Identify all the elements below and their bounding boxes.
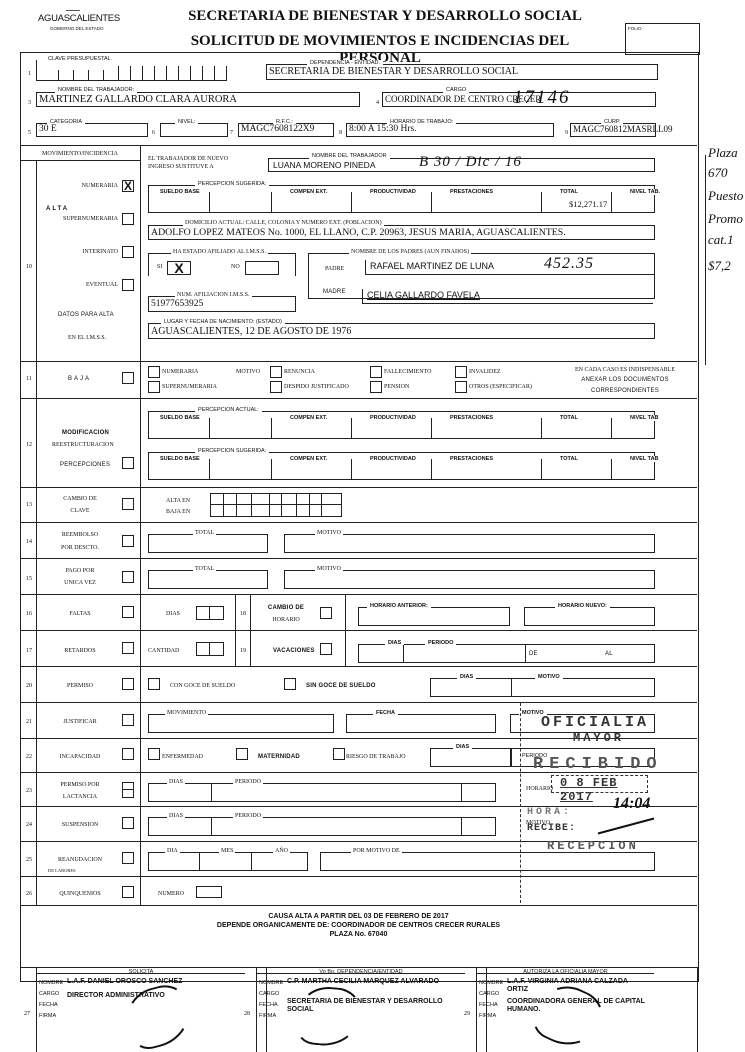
signature-number: 28 (244, 1011, 250, 1017)
trabajador-sustituido-value: LUANA MORENO PINEDA (273, 160, 376, 170)
divider (20, 666, 697, 667)
divider (697, 967, 698, 1052)
margin-handwritten-note: 670 (708, 165, 728, 181)
field-number-1: 1 (28, 71, 31, 77)
sustituye-label: EL TRABAJADOR DE NUEVO INGRESO SUSTITUYE… (148, 155, 238, 171)
baja-option-checkbox[interactable] (270, 366, 282, 378)
imss-number-value: 51977653925 (151, 299, 203, 309)
imss-number-label: NUM. AFILIACION I.M.S.S. (175, 292, 252, 298)
baja-option-checkbox[interactable] (370, 381, 382, 393)
alta-title: ALTA (46, 206, 69, 212)
alta-supernumeraria-checkbox[interactable] (122, 213, 134, 225)
clave-cell-divider (154, 66, 155, 80)
margin-handwritten-note: $7,2 (708, 258, 731, 274)
padre-handwritten-amount: 452.35 (544, 255, 594, 273)
cambio-clave-label-1: CAMBIO DE (40, 496, 120, 502)
divider (20, 558, 697, 559)
reembolso-motivo-field[interactable]: MOTIVO (284, 534, 655, 553)
vacaciones-periodo-label: PERIODO (425, 640, 456, 646)
logo-subtext: GOBIERNO DEL ESTADO (50, 26, 104, 31)
trabajador-sustituido-field[interactable]: NOMBRE DEL TRABAJADOR LUANA MORENO PINED… (268, 158, 655, 172)
signature-number: 29 (464, 1011, 470, 1017)
divider (20, 630, 697, 631)
row-number-11: 11 (26, 376, 32, 382)
domicilio-label: DOMICILIO ACTUAL: CALLE, COLONIA Y NUMER… (183, 220, 384, 226)
curp-field[interactable]: CURP. MAGC760812MASRLL09 (570, 123, 656, 137)
alta-interinato-checkbox[interactable] (122, 246, 134, 258)
sin-goce-checkbox[interactable] (284, 678, 296, 690)
signature-fecha-label: FECHA (479, 1002, 498, 1008)
grid-divider (251, 494, 252, 516)
grid-divider (309, 494, 310, 516)
clave-cell-divider (142, 66, 143, 80)
signature-title: Vo Bo. DEPENDENCIA/ENTIDAD (257, 969, 465, 975)
cargo-field[interactable]: CARGO COORDINADOR DE CENTRO CRECER 17146 (382, 92, 656, 107)
clave-cell-divider (178, 66, 179, 80)
column-divider (541, 192, 542, 212)
grid-divider (296, 494, 297, 516)
clave-presupuestal-field[interactable]: CLAVE PRESUPUESTAL (36, 60, 227, 81)
logo-text: AGUASCALIENTES (38, 13, 120, 24)
baja-note-3: CORRESPONDIENTES (565, 388, 685, 394)
percepcion-column-label: PRODUCTIVIDAD (367, 456, 419, 462)
riesgo-trabajo-label: RIESGO DE TRABAJO (346, 754, 406, 760)
signature-cargo-label: CARGO (39, 991, 59, 997)
percepcion-sugerida-label: PERCEPCION SUGERIDA: (195, 181, 269, 187)
stamp-hora-label: HORA: (527, 807, 572, 818)
afiliado-no-checkbox[interactable] (245, 261, 279, 275)
baja-option-checkbox[interactable] (148, 366, 160, 378)
clave-cell-divider (103, 70, 104, 80)
signature-number: 27 (24, 1011, 30, 1017)
permiso-label: PERMISO (40, 683, 120, 689)
signature-firma-label: FIRMA (259, 1013, 276, 1019)
faltas-dias-field[interactable] (196, 606, 224, 620)
reembolso-label-2: POR DESCTO. (40, 545, 120, 551)
incapacidad-label: INCAPACIDAD (40, 754, 120, 760)
divider (20, 398, 697, 399)
row-number-17: 17 (26, 648, 32, 654)
categoria-value: 30 E (39, 124, 57, 134)
justificar-fecha-label: FECHA (373, 710, 398, 716)
signature-block: SOLICITANOMBRECARGOFECHAFIRMAL.A.F. DANI… (36, 967, 245, 1052)
logo-emblem-icon (66, 0, 80, 11)
column-divider (271, 459, 272, 479)
column-divider (541, 418, 542, 438)
margin-handwritten-note: Promo (708, 211, 743, 227)
row-number-16: 16 (26, 611, 32, 617)
alta-option-label: NUMERARIA (58, 183, 118, 189)
vacaciones-al-label: AL (605, 651, 613, 657)
reembolso-motivo-label: MOTIVO (315, 530, 343, 536)
reanudacion-motivo-label: POR MOTIVO DE (351, 848, 402, 854)
margin-handwritten-note: cat.1 (708, 232, 734, 248)
column-divider (271, 418, 272, 438)
divider (20, 361, 697, 362)
permiso-dias-label: DIAS (457, 674, 476, 680)
reestructuracion-label: REESTRUCTURACION (52, 442, 114, 448)
afiliado-imss-box: HA ESTADO AFILIADO AL I.M.S.S. SI X NO (148, 253, 296, 276)
column-divider (611, 192, 612, 212)
afiliado-si-label: SI (157, 264, 162, 270)
categoria-field[interactable]: CATEGORIA 30 E (36, 123, 148, 137)
baja-note-2: ANEXAR LOS DOCUMENTOS (565, 377, 685, 383)
incapacidad-dias-label: DIAS (453, 744, 472, 750)
pago-unica-motivo-field[interactable]: MOTIVO (284, 570, 655, 589)
clave-cell-divider (190, 66, 191, 80)
alta-eventual-checkbox[interactable] (122, 279, 134, 291)
reembolso-total-field[interactable]: TOTAL (148, 534, 268, 553)
stamp-recibe-label: RECIBE: (527, 823, 576, 834)
field-number-7: 7 (230, 130, 233, 136)
riesgo-trabajo-checkbox[interactable] (333, 748, 345, 760)
folio-box[interactable]: FOLIO (625, 23, 700, 55)
clave-cell-divider (166, 66, 167, 80)
signature-scribble-icon (120, 980, 197, 1052)
row-number-13: 13 (26, 502, 32, 508)
retardos-label: RETARDOS (40, 648, 120, 654)
field-number-3: 3 (28, 100, 31, 106)
column-divider (431, 459, 432, 479)
con-goce-checkbox[interactable] (148, 678, 160, 690)
margin-line (705, 155, 706, 365)
baja-option-label: RENUNCIA (284, 369, 315, 375)
row-number-20: 20 (26, 683, 32, 689)
pago-unica-label-2: UNICA VEZ (40, 580, 120, 586)
clave-cell-divider (226, 66, 227, 80)
column-divider (351, 192, 352, 212)
quinquenios-numero-field[interactable] (196, 886, 222, 898)
baja-option-checkbox[interactable] (370, 366, 382, 378)
baja-checkbox[interactable] (122, 372, 134, 384)
field-number-6: 6 (152, 130, 155, 136)
suspension-periodo-label: PERIODO (233, 813, 263, 819)
column-divider (351, 418, 352, 438)
nombre-trabajador-value: MARTINEZ GALLARDO CLARA AURORA (39, 94, 237, 105)
horario-trabajo-field[interactable]: HORARIO DE TRABAJO: 8:00 A 15:30 Hrs. (346, 123, 554, 137)
incapacidad-checkbox[interactable] (122, 748, 134, 760)
signature-firma-label: FIRMA (39, 1013, 56, 1019)
cargo-handwritten-code: 17146 (513, 87, 571, 109)
vacaciones-dias-label: DIAS (385, 640, 404, 646)
lactancia-dias-label: DIAS (167, 779, 185, 785)
column-divider (209, 459, 210, 479)
trabajador-sustituido-label: NOMBRE DEL TRABAJADOR (309, 153, 390, 159)
percepcion-column-label: TOTAL (557, 456, 581, 462)
con-goce-label: CON GOCE DE SUELDO (170, 683, 235, 689)
lactancia-periodo-field[interactable]: DIAS PERIODO (148, 783, 496, 802)
padre-label: PADRE (325, 266, 344, 272)
percepcion-column-label: PRODUCTIVIDAD (367, 189, 419, 195)
permiso-dias-motivo-field[interactable]: DIAS MOTIVO (430, 678, 655, 697)
alta-option-label: INTERINATO (58, 249, 118, 255)
row-number-12: 12 (26, 442, 32, 448)
dependencia-field[interactable]: DEPENDENCIA - ENTIDAD. SECRETARIA DE BIE… (266, 64, 658, 80)
percepcion-column-label: COMPEN EXT. (287, 189, 330, 195)
afiliado-imss-label: HA ESTADO AFILIADO AL I.M.S.S. (171, 249, 268, 255)
percepcion-column-label: COMPEN EXT. (287, 456, 330, 462)
nacimiento-label: LUGAR Y FECHA DE NACIMIENTO: (ESTADO) (161, 319, 285, 325)
nombre-trabajador-field[interactable]: NOMBRE DEL TRABAJADOR: MARTINEZ GALLARDO… (36, 92, 360, 107)
baja-option-label: SUPERNUMERARIA (162, 384, 217, 390)
suspension-dias-label: DIAS (167, 813, 185, 819)
baja-option-checkbox[interactable] (455, 381, 467, 393)
percepcion-column-label: COMPEN EXT. (287, 415, 330, 421)
divider (486, 967, 487, 1052)
reanudacion-fecha-field[interactable]: DIA MES AÑO (148, 852, 308, 871)
folio-label: FOLIO (628, 26, 642, 31)
horario-nuevo-field[interactable]: HORARIO NUEVO: (524, 607, 655, 626)
lactancia-checkbox[interactable] (122, 782, 134, 798)
cambio-clave-checkbox[interactable] (122, 498, 134, 510)
row-number-26: 26 (26, 891, 32, 897)
madre-field[interactable]: CELIA GALLARDO FAVELA (362, 289, 653, 304)
lactancia-label-2: LACTANCIA (40, 794, 120, 800)
signature-scribble-icon (295, 984, 364, 1048)
faltas-dias-label: DIAS (166, 611, 180, 617)
stamp-hora-value: 14:04 (613, 795, 650, 813)
maternidad-label: MATERNIDAD (258, 754, 300, 760)
field-number-8: 8 (339, 130, 342, 136)
percepcion-sugerida-alta[interactable]: PERCEPCION SUGERIDA: SUELDO BASECOMPEN E… (148, 185, 655, 213)
row-number-21: 21 (26, 719, 32, 725)
percepcion-sugerida-mod-label: PERCEPCION SUGERIDA: (195, 448, 269, 454)
justificar-label: JUSTIFICAR (40, 719, 120, 725)
baja-en-label: BAJA EN (166, 509, 190, 515)
justificar-checkbox[interactable] (122, 714, 134, 726)
quinquenios-numero-label: NUMERO (158, 891, 184, 897)
cambio-clave-label-2: CLAVE (40, 508, 120, 514)
percepcion-column-label: PRESTACIONES (447, 189, 496, 195)
horario-anterior-field[interactable]: HORARIO ANTERIOR: (358, 607, 510, 626)
percepcion-column-label: SUELDO BASE (157, 415, 203, 421)
divider (140, 145, 141, 905)
madre-label: MADRE (323, 289, 346, 295)
clave-presupuestal-label: CLAVE PRESUPUESTAL (45, 56, 114, 62)
horario-anterior-label: HORARIO ANTERIOR: (367, 603, 431, 609)
state-logo: AGUASCALIENTES GOBIERNO DEL ESTADO (38, 0, 118, 36)
clave-cell-divider (202, 66, 203, 80)
alta-numeraria-checkbox[interactable]: X (122, 180, 134, 192)
column-divider (611, 459, 612, 479)
vacaciones-de-label: DE (529, 651, 538, 657)
cargo-label: CARGO (443, 87, 469, 93)
percepciones-label: PERCEPCIONES (60, 462, 110, 468)
justificar-movimiento-field[interactable]: MOVIMIENTO (148, 714, 334, 733)
clave-cell-divider (214, 66, 215, 80)
signature-nombre-label: NOMBRE (259, 980, 283, 986)
causa-line-3: PLAZA No. 67040 (20, 931, 697, 938)
column-divider (209, 192, 210, 212)
pago-unica-total-label: TOTAL (193, 566, 216, 572)
retardos-cantidad-field[interactable] (196, 642, 224, 656)
baja-option-label: FALLECIMIENTO (384, 369, 431, 375)
divider (20, 487, 697, 488)
alta-option-label: SUPERNUMERARIA (58, 216, 118, 222)
quinquenios-checkbox[interactable] (122, 886, 134, 898)
signature-firma-label: FIRMA (479, 1013, 496, 1019)
enfermedad-label: ENFERMEDAD (162, 754, 203, 760)
percepcion-actual-box[interactable]: PERCEPCION ACTUAL: SUELDO BASECOMPEN EXT… (148, 411, 655, 439)
padre-value: RAFAEL MARTINEZ DE LUNA (370, 261, 494, 271)
lactancia-label-1: PERMISO POR (40, 782, 120, 788)
clave-cell-divider (118, 66, 119, 80)
signature-cargo-label: CARGO (479, 991, 499, 997)
reembolso-label-1: REEMBOLSO (40, 532, 120, 538)
rfc-value: MAGC7608122X9 (241, 124, 314, 134)
signature-fecha-label: FECHA (39, 1002, 58, 1008)
quinquenios-label: QUINQUENIOS (40, 891, 120, 897)
column-divider (541, 459, 542, 479)
datos-imss-label: EN EL I.M.S.S. (68, 335, 106, 341)
baja-option-checkbox[interactable] (270, 381, 282, 393)
pago-unica-checkbox[interactable] (122, 571, 134, 583)
lactancia-periodo-label: PERIODO (233, 779, 263, 785)
alta-en-label: ALTA EN (166, 498, 190, 504)
suspension-label: SUSPENSION (40, 822, 120, 828)
incapacidad-dias-field[interactable]: DIAS (430, 748, 512, 767)
stamp-mayor: MAYOR (573, 731, 624, 745)
field-number-9: 9 (565, 130, 568, 136)
divider (20, 522, 697, 523)
baja-option-label: NUMERARIA (162, 369, 198, 375)
stamp-date-box: 0 8 FEB 2017 (551, 775, 648, 793)
permiso-checkbox[interactable] (122, 678, 134, 690)
field-number-5: 5 (28, 130, 31, 136)
justificar-fecha-field[interactable]: FECHA (346, 714, 496, 733)
baja-option-label: DESPIDO JUSTIFICADO (284, 384, 349, 390)
percepcion-column-label: TOTAL (557, 189, 581, 195)
imss-number-field[interactable]: NUM. AFILIACION I.M.S.S. 51977653925 (148, 296, 296, 312)
baja-option-checkbox[interactable] (455, 366, 467, 378)
percepcion-column-label: NIVEL TAB. (627, 189, 663, 195)
signature-nombre: C.P. MARTHA CECILIA MARQUEZ ALVARADO (287, 978, 461, 986)
reanudacion-label-1: REANUDACION (40, 857, 120, 863)
suspension-checkbox[interactable] (122, 817, 134, 829)
divider (20, 145, 697, 146)
row-number-15: 15 (26, 576, 32, 582)
nacimiento-field[interactable]: LUGAR Y FECHA DE NACIMIENTO: (ESTADO) AG… (148, 323, 655, 339)
row-number-10: 10 (26, 264, 32, 270)
curp-value: MAGC760812MASRLL09 (573, 124, 673, 134)
percepcion-column-label: PRESTACIONES (447, 415, 496, 421)
reanudacion-label-2: DE LABORES (48, 868, 76, 873)
signature-block: Vo Bo. DEPENDENCIA/ENTIDADNOMBRECARGOFEC… (256, 967, 465, 1052)
vacaciones-periodo-field[interactable]: DIAS PERIODO DE AL (358, 644, 655, 663)
reembolso-total-label: TOTAL (193, 530, 216, 536)
reanudacion-anio-label: AÑO (273, 848, 290, 854)
madre-value: CELIA GALLARDO FAVELA (367, 290, 480, 300)
baja-option-checkbox[interactable] (148, 381, 160, 393)
padres-label: NOMBRE DE LOS PADRES (AUN FINADOS) (349, 249, 471, 255)
cambio-horario-checkbox[interactable] (320, 607, 332, 619)
percepcion-column-label: NIVEL TAB (627, 456, 662, 462)
domicilio-field[interactable]: DOMICILIO ACTUAL: CALLE, COLONIA Y NUMER… (148, 225, 655, 240)
divider (20, 905, 697, 906)
row-number-25: 25 (26, 857, 32, 863)
signature-fecha-label: FECHA (259, 1002, 278, 1008)
domicilio-value: ADOLFO LOPEZ MATEOS No. 1000, EL LLANO, … (151, 227, 566, 238)
trabajador-sustituido-handwritten: B 30 / Dic / 16 (419, 154, 522, 171)
baja-option-label: PENSION (384, 384, 409, 390)
margin-handwritten-note: Puesto (708, 188, 743, 204)
padre-field[interactable]: RAFAEL MARTINEZ DE LUNA 452.35 (365, 260, 654, 275)
percepcion-sugerida-mod-box[interactable]: PERCEPCION SUGERIDA: SUELDO BASECOMPEN E… (148, 452, 655, 480)
reembolso-checkbox[interactable] (122, 535, 134, 547)
column-divider (431, 192, 432, 212)
column-divider (209, 418, 210, 438)
sin-goce-label: SIN GOCE DE SUELDO (306, 683, 376, 689)
signature-title: AUTORIZA LA OFICIALIA MAYOR (477, 969, 654, 975)
cambio-horario-label-2: HORARIO (256, 617, 316, 623)
baja-motivo-label: MOTIVO (236, 369, 260, 375)
pago-unica-label-1: PAGO POR (40, 568, 120, 574)
field-number-4: 4 (376, 100, 379, 106)
stamp-oficialia: OFICIALIA (541, 714, 649, 731)
row-number-18: 18 (240, 611, 246, 617)
horario-nuevo-label: HORARIO NUEVO: (555, 603, 610, 609)
row-number-19: 19 (240, 648, 246, 654)
faltas-checkbox[interactable] (122, 606, 134, 618)
retardos-checkbox[interactable] (122, 642, 134, 654)
cambio-clave-grid[interactable] (210, 493, 342, 517)
divider (36, 160, 37, 905)
divider (20, 160, 140, 161)
vacaciones-label: VACACIONES (273, 648, 315, 654)
nivel-field[interactable]: NIVEL: (160, 123, 228, 137)
column-divider (611, 418, 612, 438)
enfermedad-checkbox[interactable] (148, 748, 160, 760)
margin-handwritten-note: Plaza (708, 145, 738, 161)
signature-nombre-label: NOMBRE (39, 980, 63, 986)
pago-unica-total-field[interactable]: TOTAL (148, 570, 268, 589)
grid-divider (223, 494, 224, 516)
grid-divider (236, 494, 237, 516)
modificacion-checkbox[interactable] (122, 457, 134, 469)
divider (266, 967, 267, 1052)
column-divider (271, 192, 272, 212)
vacaciones-checkbox[interactable] (320, 643, 332, 655)
rfc-field[interactable]: R.F.C.: MAGC7608122X9 (238, 123, 334, 137)
percepcion-column-label: PRESTACIONES (447, 456, 496, 462)
reanudacion-checkbox[interactable] (122, 852, 134, 864)
clave-cell-divider (130, 66, 131, 80)
row-number-22: 22 (26, 754, 32, 760)
nivel-label: NIVEL: (175, 119, 198, 125)
maternidad-checkbox[interactable] (236, 748, 248, 760)
baja-option-label: INVALIDEZ (469, 369, 501, 375)
grid-divider (281, 494, 282, 516)
column-divider (351, 459, 352, 479)
row-number-24: 24 (26, 822, 32, 828)
clave-cell-divider (88, 70, 89, 80)
signature-nombre: L.A.F. DANIEL OROSCO SANCHEZ (67, 978, 241, 986)
percepcion-column-label: PRODUCTIVIDAD (367, 415, 419, 421)
horario-trabajo-value: 8:00 A 15:30 Hrs. (349, 124, 417, 134)
form-title-line1: SECRETARIA DE BIENESTAR Y DESARROLLO SOC… (165, 8, 605, 25)
afiliado-no-label: NO (231, 264, 240, 270)
datos-alta-label: DATOS PARA ALTA (58, 312, 114, 318)
clave-cell-divider (73, 70, 74, 80)
justificar-movimiento-label: MOVIMIENTO (165, 710, 208, 716)
stamp-recibe-signature (598, 818, 655, 835)
suspension-periodo-field[interactable]: DIAS PERIODO (148, 817, 496, 836)
row-number-23: 23 (26, 788, 32, 794)
percepcion-column-label: NIVEL TAB (627, 415, 662, 421)
grid-divider (321, 494, 322, 516)
afiliado-si-checkbox[interactable]: X (167, 261, 191, 275)
row-number-14: 14 (26, 539, 32, 545)
